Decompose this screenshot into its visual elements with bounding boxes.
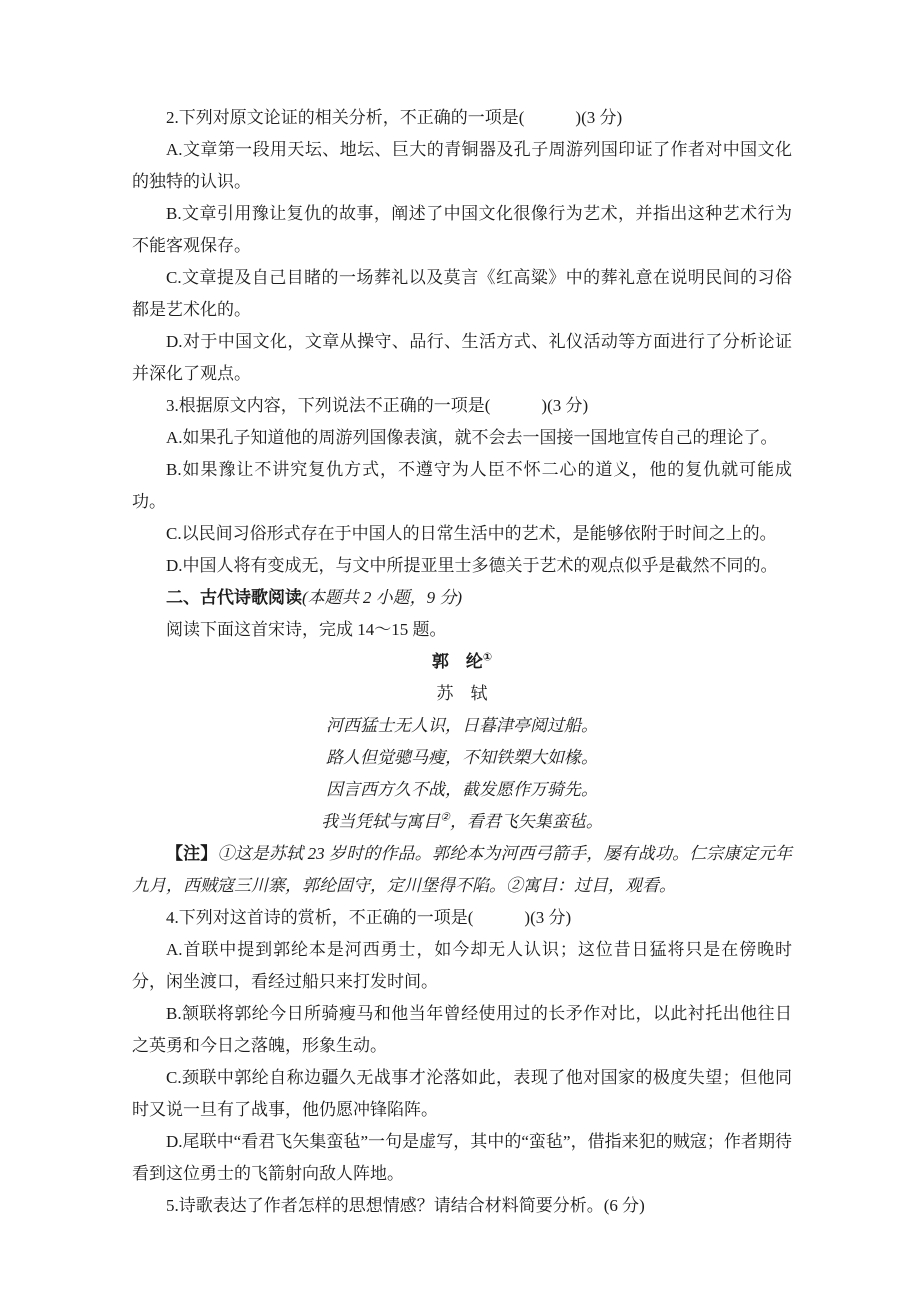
question-4-option-d: D.尾联中“看君飞矢集蛮毡”一句是虚写，其中的“蛮毡”，借指来犯的贼寇；作者期待… [132, 1126, 792, 1190]
poem-line-4-text: 我当凭轼与寓目 [321, 812, 440, 831]
poem-title-text: 郭 纶 [432, 652, 483, 671]
poem-note-label: 【注】 [166, 844, 217, 863]
poem-line-4: 我当凭轼与寓目②，看君飞矢集蛮毡。 [132, 806, 792, 838]
poem-title: 郭 纶① [132, 646, 792, 678]
poem-note: 【注】①这是苏轼 23 岁时的作品。郭纶本为河西弓箭手，屡有战功。仁宗康定元年九… [132, 838, 792, 902]
question-4-option-c: C.颈联中郭纶自称边疆久无战事才沦落如此，表现了他对国家的极度失望；但他同时又说… [132, 1062, 792, 1126]
poem-line-4-footnote-marker: ② [440, 811, 450, 823]
poem-line-3: 因言西方久不战，截发愿作万骑先。 [132, 774, 792, 806]
poem-author: 苏 轼 [132, 678, 792, 710]
section-heading: 二、古代诗歌阅读(本题共 2 小题，9 分) [132, 582, 792, 614]
exam-text-block: 2.下列对原文论证的相关分析，不正确的一项是( )(3 分) A.文章第一段用天… [132, 102, 792, 1222]
question-2-option-b: B.文章引用豫让复仇的故事，阐述了中国文化很像行为艺术，并指出这种艺术行为不能客… [132, 198, 792, 262]
question-3-option-a: A.如果孔子知道他的周游列国像表演，就不会去一国接一国地宣传自己的理论了。 [132, 422, 792, 454]
exam-page: 2.下列对原文论证的相关分析，不正确的一项是( )(3 分) A.文章第一段用天… [0, 0, 920, 1302]
question-2-option-a: A.文章第一段用天坛、地坛、巨大的青铜器及孔子周游列国印证了作者对中国文化的独特… [132, 134, 792, 198]
question-3-option-d: D.中国人将有变成无，与文中所提亚里士多德关于艺术的观点似乎是截然不同的。 [132, 550, 792, 582]
section-heading-note: (本题共 2 小题，9 分) [302, 588, 462, 607]
poem-note-text: ①这是苏轼 23 岁时的作品。郭纶本为河西弓箭手，屡有战功。仁宗康定元年九月，西… [132, 844, 792, 895]
question-2-stem: 2.下列对原文论证的相关分析，不正确的一项是( )(3 分) [132, 102, 792, 134]
poem-title-footnote-marker: ① [483, 651, 492, 663]
question-4-option-b: B.颔联将郭纶今日所骑瘦马和他当年曾经使用过的长矛作对比，以此衬托出他往日之英勇… [132, 998, 792, 1062]
question-3-option-c: C.以民间习俗形式存在于中国人的日常生活中的艺术，是能够依附于时间之上的。 [132, 518, 792, 550]
poem-line-1: 河西猛士无人识，日暮津亭阅过船。 [132, 710, 792, 742]
question-2-option-c: C.文章提及自己目睹的一场葬礼以及莫言《红高粱》中的葬礼意在说明民间的习俗都是艺… [132, 262, 792, 326]
question-3-option-b: B.如果豫让不讲究复仇方式，不遵守为人臣不怀二心的道义，他的复仇就可能成功。 [132, 454, 792, 518]
question-4-option-a: A.首联中提到郭纶本是河西勇士，如今却无人认识；这位昔日猛将只是在傍晚时分，闲坐… [132, 934, 792, 998]
poem-line-2: 路人但觉骢马瘦，不知铁槊大如椽。 [132, 742, 792, 774]
question-2-option-d: D.对于中国文化，文章从操守、品行、生活方式、礼仪活动等方面进行了分析论证并深化… [132, 326, 792, 390]
poetry-intro: 阅读下面这首宋诗，完成 14～15 题。 [132, 614, 792, 646]
question-4-stem: 4.下列对这首诗的赏析，不正确的一项是( )(3 分) [132, 902, 792, 934]
question-5-stem: 5.诗歌表达了作者怎样的思想情感？请结合材料简要分析。(6 分) [132, 1190, 792, 1222]
poem-line-4-text-end: ，看君飞矢集蛮毡。 [450, 812, 603, 831]
question-3-stem: 3.根据原文内容，下列说法不正确的一项是( )(3 分) [132, 390, 792, 422]
section-heading-title: 二、古代诗歌阅读 [166, 588, 302, 607]
